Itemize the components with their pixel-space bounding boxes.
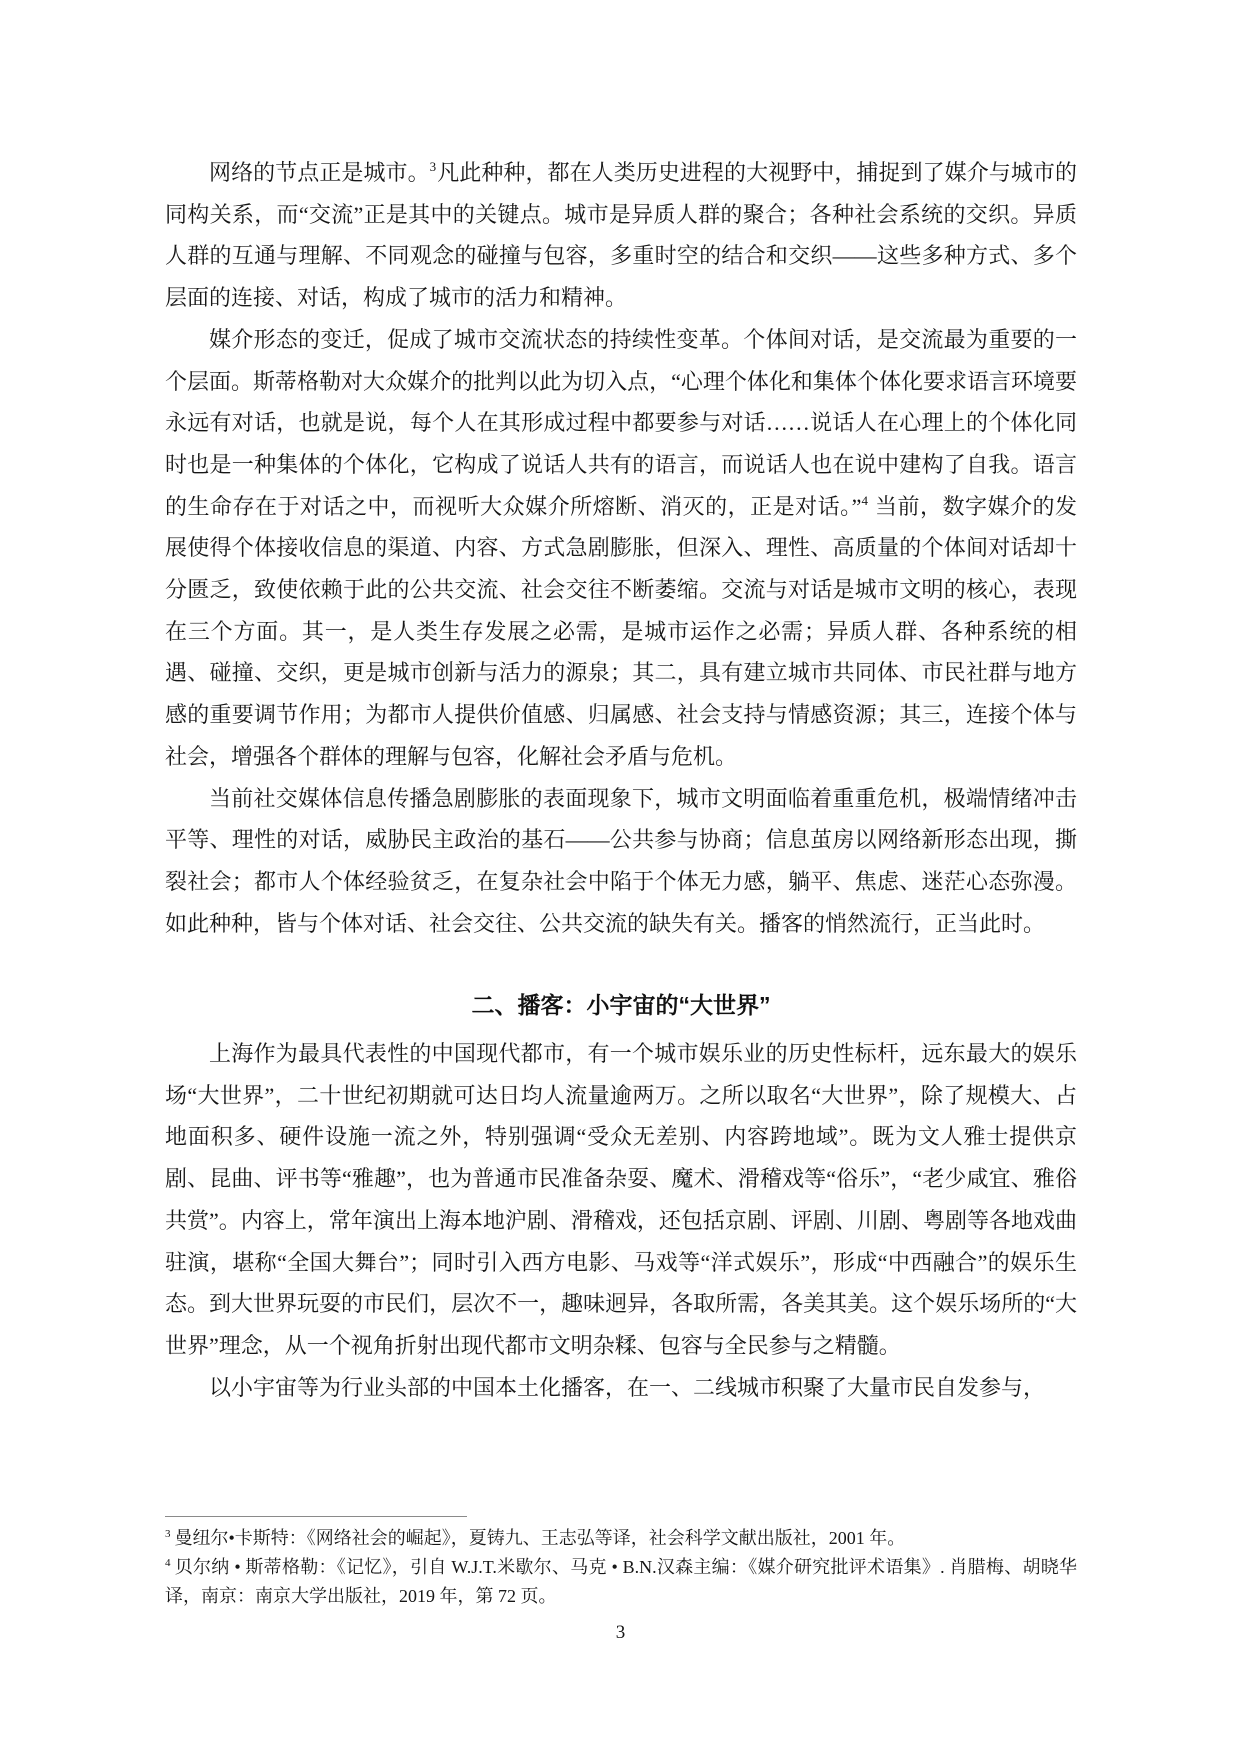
footnote-separator	[165, 1516, 467, 1517]
footnote-3: 3曼纽尔•卡斯特：《网络社会的崛起》，夏铸九、王志弘等译，社会科学文献出版社，2…	[165, 1524, 1077, 1553]
footnote-3-marker: 3	[165, 1528, 171, 1540]
paragraph-4: 上海作为最具代表性的中国现代都市，有一个城市娱乐业的历史性标杆，远东最大的娱乐场…	[165, 1033, 1077, 1367]
paragraph-1-text-a: 网络的节点正是城市。	[209, 160, 430, 185]
section-heading: 二、播客：小宇宙的“大世界”	[165, 985, 1077, 1027]
footnote-4: 4贝尔纳 • 斯蒂格勒：《记忆》，引自 W.J.T.米歇尔、马克 • B.N.汉…	[165, 1553, 1077, 1611]
paragraph-2-text-a: 媒介形态的变迁，促成了城市交流状态的持续性变革。个体间对话，是交流最为重要的一个…	[165, 327, 1077, 519]
footnotes: 3曼纽尔•卡斯特：《网络社会的崛起》，夏铸九、王志弘等译，社会科学文献出版社，2…	[165, 1524, 1077, 1611]
paragraph-1: 网络的节点正是城市。3凡此种种，都在人类历史进程的大视野中，捕捉到了媒介与城市的…	[165, 152, 1077, 319]
paragraph-3: 当前社交媒体信息传播急剧膨胀的表面现象下，城市文明面临着重重危机，极端情绪冲击平…	[165, 778, 1077, 945]
paragraph-2-text-b: 当前，数字媒介的发展使得个体接收信息的渠道、内容、方式急剧膨胀，但深入、理性、高…	[165, 494, 1077, 769]
footnote-3-text: 曼纽尔•卡斯特：《网络社会的崛起》，夏铸九、王志弘等译，社会科学文献出版社，20…	[175, 1528, 906, 1548]
footnote-reference-4: 4	[861, 493, 869, 508]
paragraph-5: 以小宇宙等为行业头部的中国本土化播客，在一、二线城市积聚了大量市民自发参与，	[165, 1367, 1077, 1409]
paragraph-2: 媒介形态的变迁，促成了城市交流状态的持续性变革。个体间对话，是交流最为重要的一个…	[165, 319, 1077, 778]
page-number: 3	[0, 1622, 1241, 1644]
document-page: 网络的节点正是城市。3凡此种种，都在人类历史进程的大视野中，捕捉到了媒介与城市的…	[0, 0, 1241, 1754]
footnote-4-marker: 4	[165, 1557, 171, 1569]
footnote-4-text: 贝尔纳 • 斯蒂格勒：《记忆》，引自 W.J.T.米歇尔、马克 • B.N.汉森…	[165, 1557, 1077, 1606]
body-text: 网络的节点正是城市。3凡此种种，都在人类历史进程的大视野中，捕捉到了媒介与城市的…	[165, 152, 1077, 1408]
